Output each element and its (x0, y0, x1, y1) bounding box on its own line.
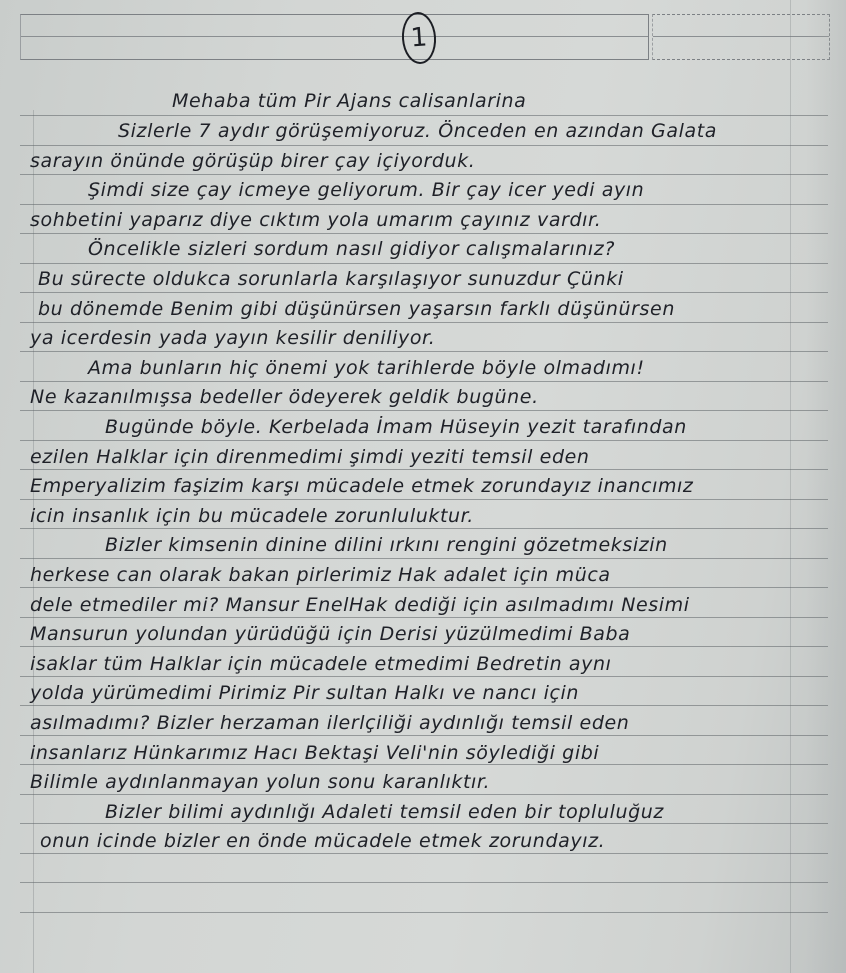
notebook-page: 1 Mehaba tüm Pir Ajans calisanlarina Siz… (0, 0, 846, 973)
line-text: Ama bunların hiç önemi yok tarihlerde bö… (88, 353, 645, 383)
handwritten-line: Sizlerle 7 aydır görüşemiyoruz. Önceden … (0, 116, 846, 146)
handwritten-line: icin insanlık için bu mücadele zorunlulu… (0, 501, 846, 531)
handwritten-line: dele etmediler mi? Mansur EnelHak dediği… (0, 590, 846, 620)
handwritten-line: sohbetini yaparız diye cıktım yola umarı… (0, 205, 846, 235)
line-text: Sizlerle 7 aydır görüşemiyoruz. Önceden … (118, 116, 717, 146)
line-text: bu dönemde Benim gibi düşünürsen yaşarsı… (38, 294, 675, 324)
handwritten-line: yolda yürümedimi Pirimiz Pir sultan Halk… (0, 678, 846, 708)
line-text: ya icerdesin yada yayın kesilir deniliyo… (30, 323, 435, 353)
line-text: Bilimle aydınlanmayan yolun sonu karanlı… (30, 767, 490, 797)
letter-title: Mehaba tüm Pir Ajans calisanlarina (172, 86, 846, 116)
handwritten-line: Bizler bilimi aydınlığı Adaleti temsil e… (0, 797, 846, 827)
handwritten-line: ya icerdesin yada yayın kesilir deniliyo… (0, 323, 846, 353)
handwritten-line: sarayın önünde görüşüp birer çay içiyord… (0, 146, 846, 176)
line-text: dele etmediler mi? Mansur EnelHak dediği… (30, 590, 690, 620)
line-text: Bizler bilimi aydınlığı Adaleti temsil e… (105, 797, 664, 827)
line-text: herkese can olarak bakan pirlerimiz Hak … (30, 560, 611, 590)
ruled-line (20, 912, 828, 913)
handwritten-line: herkese can olarak bakan pirlerimiz Hak … (0, 560, 846, 590)
handwritten-line: Bugünde böyle. Kerbelada İmam Hüseyin ye… (0, 412, 846, 442)
line-text: Emperyalizim faşizim karşı mücadele etme… (30, 471, 694, 501)
handwritten-line: Ama bunların hiç önemi yok tarihlerde bö… (0, 353, 846, 383)
header-box-right (652, 14, 830, 60)
handwritten-line: asılmadımı? Bizler herzaman ilerlçiliği … (0, 708, 846, 738)
handwritten-line: Bizler kimsenin dinine dilini ırkını ren… (0, 530, 846, 560)
line-text: insanlarız Hünkarımız Hacı Bektaşi Veli'… (30, 738, 599, 768)
line-text: ezilen Halklar için direnmedimi şimdi ye… (30, 442, 590, 472)
line-text: Şimdi size çay icmeye geliyorum. Bir çay… (88, 175, 644, 205)
line-text: Bu sürecte oldukca sorunlarla karşılaşıy… (38, 264, 624, 294)
line-text: Mansurun yolundan yürüdüğü için Derisi y… (30, 619, 630, 649)
handwritten-line: insanlarız Hünkarımız Hacı Bektaşi Veli'… (0, 738, 846, 768)
handwritten-line: Ne kazanılmışsa bedeller ödeyerek geldik… (0, 382, 846, 412)
handwritten-line: bu dönemde Benim gibi düşünürsen yaşarsı… (0, 294, 846, 324)
handwritten-line: Bu sürecte oldukca sorunlarla karşılaşıy… (0, 264, 846, 294)
line-text: Bugünde böyle. Kerbelada İmam Hüseyin ye… (105, 412, 687, 442)
ruled-line (20, 882, 828, 883)
line-text: icin insanlık için bu mücadele zorunlulu… (30, 501, 474, 531)
handwritten-line: Mansurun yolundan yürüdüğü için Derisi y… (0, 619, 846, 649)
handwritten-line: Şimdi size çay icmeye geliyorum. Bir çay… (0, 175, 846, 205)
line-text: sarayın önünde görüşüp birer çay içiyord… (30, 146, 475, 176)
handwritten-line: ezilen Halklar için direnmedimi şimdi ye… (0, 442, 846, 472)
line-text: isaklar tüm Halklar için mücadele etmedi… (30, 649, 612, 679)
handwritten-line: Emperyalizim faşizim karşı mücadele etme… (0, 471, 846, 501)
line-text: Bizler kimsenin dinine dilini ırkını ren… (105, 530, 668, 560)
line-text: asılmadımı? Bizler herzaman ilerlçiliği … (30, 708, 629, 738)
line-text: Ne kazanılmışsa bedeller ödeyerek geldik… (30, 382, 539, 412)
handwritten-line: onun icinde bizler en önde mücadele etme… (0, 826, 846, 856)
header-box-left (20, 14, 649, 60)
line-text: sohbetini yaparız diye cıktım yola umarı… (30, 205, 601, 235)
handwritten-line: Bilimle aydınlanmayan yolun sonu karanlı… (0, 767, 846, 797)
line-text: Öncelikle sizleri sordum nasıl gidiyor c… (88, 234, 615, 264)
title-text: Mehaba tüm Pir Ajans calisanlarina (172, 86, 526, 116)
handwritten-line: Öncelikle sizleri sordum nasıl gidiyor c… (0, 234, 846, 264)
handwritten-line: isaklar tüm Halklar için mücadele etmedi… (0, 649, 846, 679)
line-text: yolda yürümedimi Pirimiz Pir sultan Halk… (30, 678, 579, 708)
line-text: onun icinde bizler en önde mücadele etme… (40, 826, 605, 856)
